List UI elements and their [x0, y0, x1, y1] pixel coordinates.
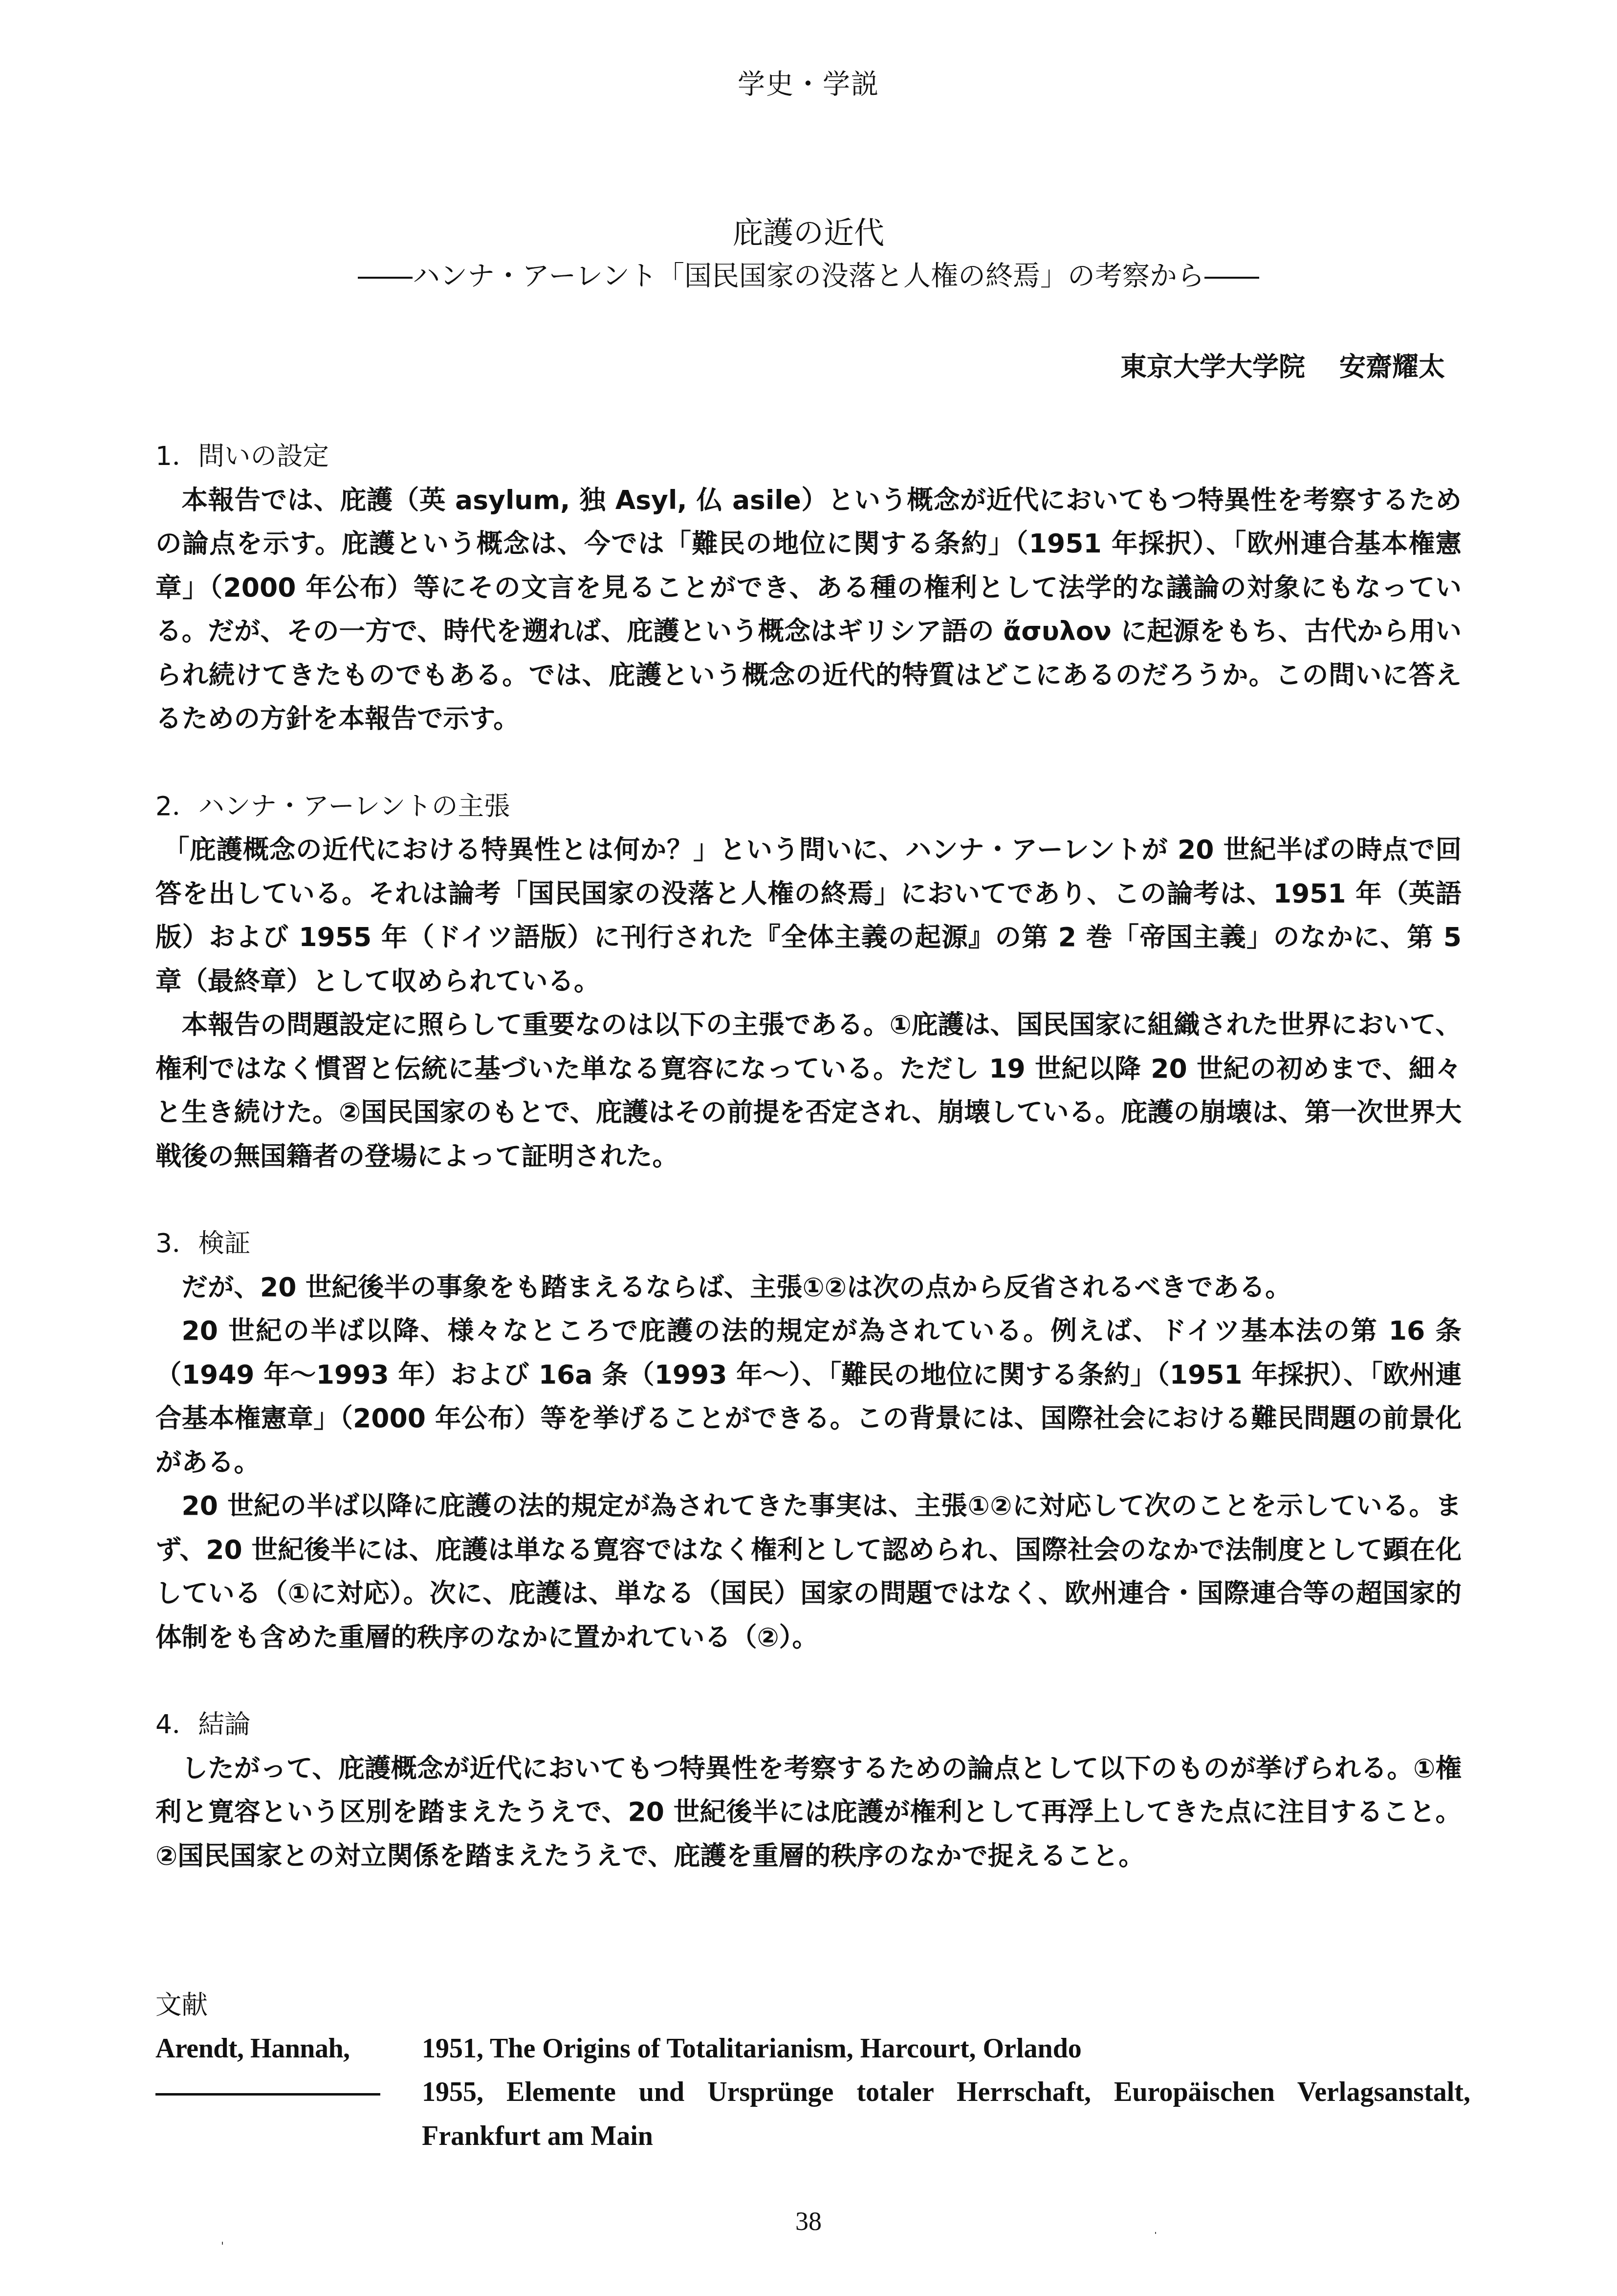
document-page: 学史・学説 庇護の近代 ――ハンナ・アーレント「国民国家の没落と人権の終焉」の考… [0, 0, 1617, 2296]
section-heading: 3．検証 [155, 1221, 1462, 1265]
paragraph: だが、20 世紀後半の事象をも踏まえるならば、主張①②は次の点から反省されるべき… [155, 1265, 1462, 1309]
scan-speck [1155, 2232, 1156, 2234]
section-2: 2．ハンナ・アーレントの主張 「庇護概念の近代における特異性とは何か？」という問… [155, 784, 1462, 1178]
paragraph: 20 世紀の半ば以降、様々なところで庇護の法的規定が為されている。例えば、ドイツ… [155, 1309, 1462, 1484]
paragraph: 20 世紀の半ば以降に庇護の法的規定が為されてきた事実は、主張①②に対応して次の… [155, 1484, 1462, 1659]
references-heading: 文献 [155, 1983, 1475, 2027]
paragraph: 本報告では、庇護（英 asylum, 独 Asyl, 仏 asile）という概念… [155, 478, 1462, 741]
references: 文献 Arendt, Hannah, 1951, The Origins of … [155, 1983, 1475, 2158]
section-heading: 4．結論 [155, 1702, 1462, 1746]
section-heading: 1．問いの設定 [155, 434, 1462, 478]
section-3: 3．検証 だが、20 世紀後半の事象をも踏まえるならば、主張①②は次の点から反省… [155, 1221, 1462, 1659]
page-number: 38 [0, 2206, 1617, 2236]
reference-text: 1951, The Origins of Totalitarianism, Ha… [422, 2027, 1475, 2071]
author-line: 東京大学大学院安齋耀太 [1120, 346, 1445, 384]
category-header: 学史・学説 [0, 63, 1617, 102]
paragraph: したがって、庇護概念が近代においてもつ特異性を考察するための論点として以下のもの… [155, 1746, 1462, 1878]
paragraph: 本報告の問題設定に照らして重要なのは以下の主張である。①庇護は、国民国家に組織さ… [155, 1003, 1462, 1178]
article-title: 庇護の近代 [0, 209, 1617, 252]
scan-speck [222, 2242, 223, 2245]
paragraph: 「庇護概念の近代における特異性とは何か？」という問いに、ハンナ・アーレントが 2… [155, 828, 1462, 1003]
reference-entry: Arendt, Hannah, 1951, The Origins of Tot… [155, 2027, 1475, 2071]
section-4: 4．結論 したがって、庇護概念が近代においてもつ特異性を考察するための論点として… [155, 1702, 1462, 1877]
author-affiliation: 東京大学大学院 [1120, 352, 1305, 382]
reference-text: 1955, Elemente und Ursprünge totaler Her… [422, 2071, 1475, 2158]
reference-author: Arendt, Hannah, [155, 2027, 422, 2071]
article-body: 1．問いの設定 本報告では、庇護（英 asylum, 独 Asyl, 仏 asi… [155, 434, 1462, 1921]
author-name: 安齋耀太 [1339, 352, 1445, 382]
reference-entry: 1955, Elemente und Ursprünge totaler Her… [155, 2071, 1475, 2158]
section-1: 1．問いの設定 本報告では、庇護（英 asylum, 独 Asyl, 仏 asi… [155, 434, 1462, 741]
article-subtitle: ――ハンナ・アーレント「国民国家の没落と人権の終焉」の考察から―― [0, 254, 1617, 293]
section-heading: 2．ハンナ・アーレントの主張 [155, 784, 1462, 828]
ditto-dash [155, 2093, 380, 2096]
